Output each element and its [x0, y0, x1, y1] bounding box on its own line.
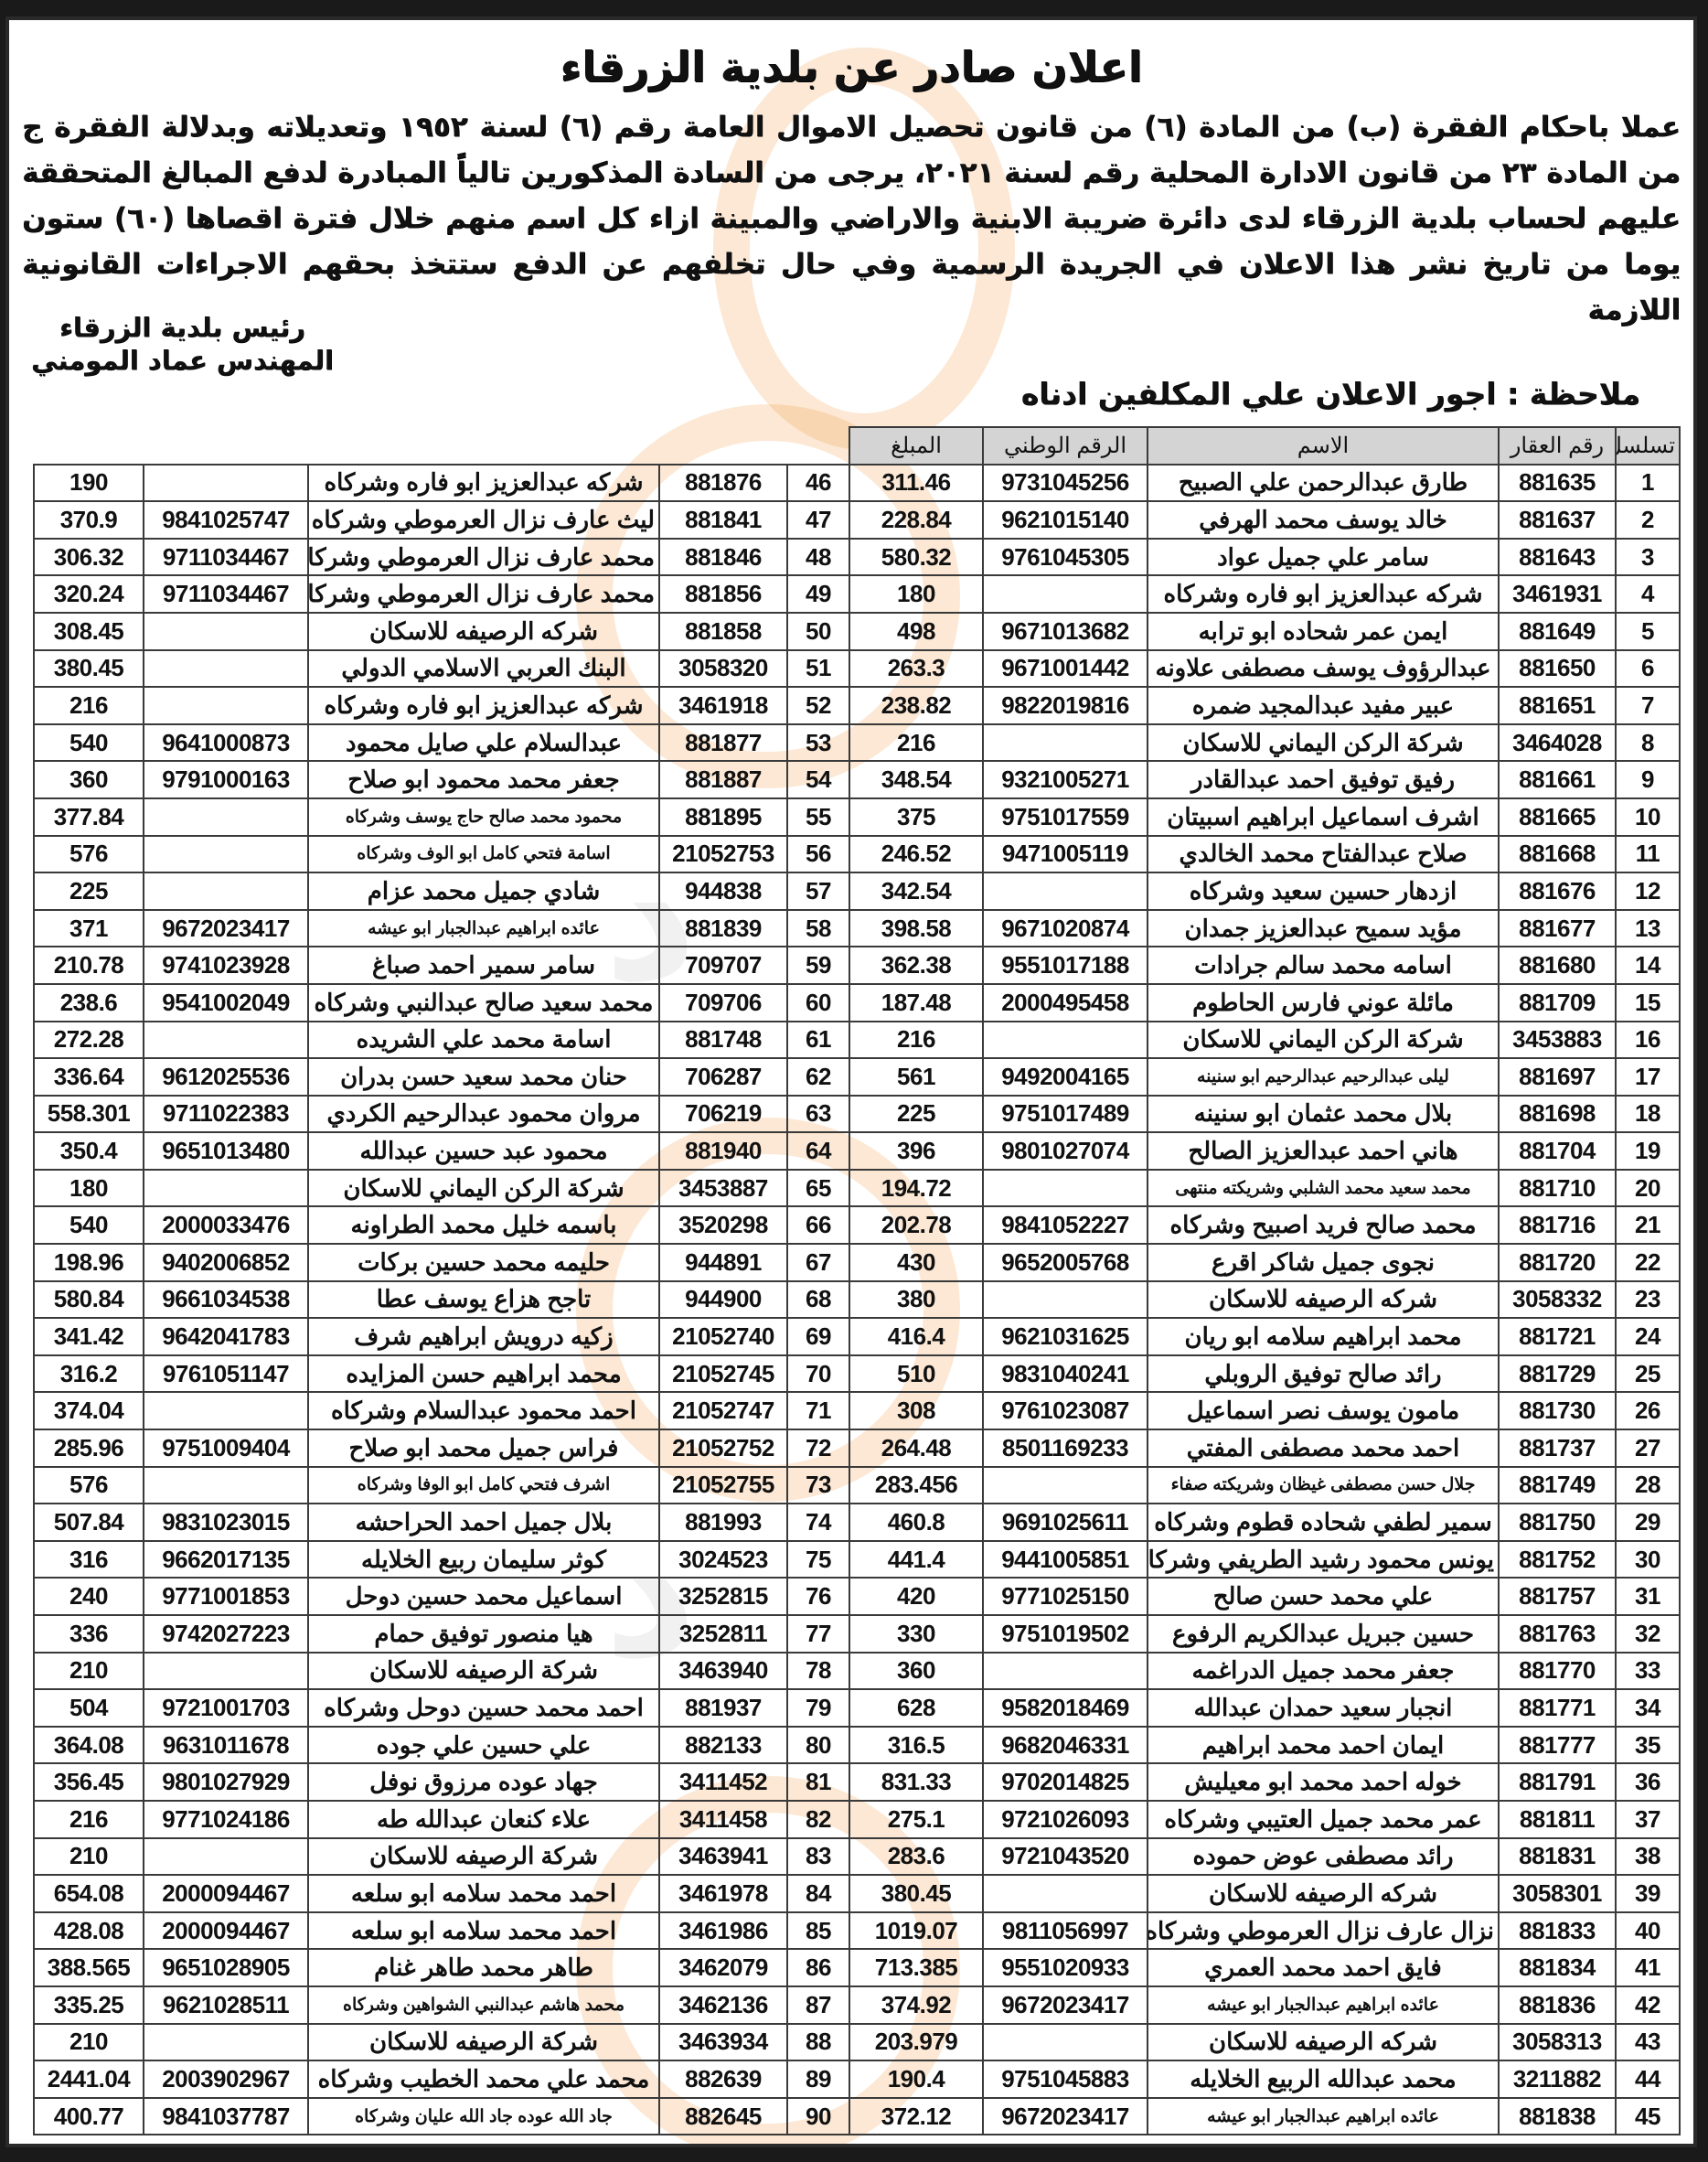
- serial-cell: 4: [1616, 575, 1680, 613]
- amount-cell: 180: [849, 575, 983, 613]
- table-row: 35881777ايمان احمد محمد ابراهيم968204633…: [849, 1727, 1680, 1764]
- national-id-cell: 9672023417: [983, 1986, 1148, 2024]
- name-cell: اسامه محمد سالم جرادات: [1148, 947, 1499, 984]
- name-cell: شركة الرصيفه للاسكان: [308, 2024, 659, 2061]
- amount-cell: 360: [849, 1653, 983, 1690]
- property-no-cell: 881665: [1499, 798, 1616, 836]
- name-cell: جهاد عوده مرزوق نوفل: [308, 1763, 659, 1801]
- amount-cell: 428.08: [34, 1912, 144, 1950]
- announcement-page: د د اعلان صادر عن بلدية الزرقاء عملا باح…: [5, 16, 1697, 2147]
- amount-cell: 380.45: [849, 1875, 983, 1912]
- property-no-cell: 881937: [659, 1689, 787, 1727]
- property-no-cell: 881834: [1499, 1949, 1616, 1986]
- table-row: 80882133علي حسين علي جوده9631011678364.0…: [34, 1727, 849, 1764]
- table-row: 33881770جعفر محمد جميل الدراغمه360: [849, 1653, 1680, 1690]
- property-no-cell: 881729: [1499, 1355, 1616, 1393]
- national-id-cell: [144, 2024, 308, 2061]
- property-no-cell: 881676: [1499, 872, 1616, 910]
- table-row: 68944900تاجح هزاع يوسف عطا9661034538580.…: [34, 1281, 849, 1319]
- serial-cell: 52: [787, 687, 849, 724]
- amount-cell: 2441.04: [34, 2060, 144, 2098]
- national-id-cell: 9801027074: [983, 1132, 1148, 1170]
- national-id-cell: [144, 613, 308, 650]
- serial-cell: 61: [787, 1022, 849, 1059]
- property-no-cell: 944900: [659, 1281, 787, 1319]
- national-id-cell: 9612025536: [144, 1058, 308, 1096]
- name-cell: اسامة محمد علي الشريده: [308, 1022, 659, 1059]
- amount-cell: 350.4: [34, 1132, 144, 1170]
- amount-cell: 580.32: [849, 539, 983, 576]
- national-id-cell: 2000033476: [144, 1206, 308, 1244]
- property-no-cell: 3453887: [659, 1170, 787, 1207]
- property-no-cell: 881836: [1499, 1986, 1616, 2024]
- table-row: 7121052747احمد محمود عبدالسلام وشركاه374…: [34, 1392, 849, 1429]
- name-cell: ايمان احمد محمد ابراهيم: [1148, 1727, 1499, 1764]
- amount-cell: 580.84: [34, 1281, 144, 1319]
- national-id-cell: 9811056997: [983, 1912, 1148, 1950]
- amount-cell: 225: [34, 872, 144, 910]
- national-id-cell: [144, 1392, 308, 1429]
- serial-cell: 45: [1616, 2098, 1680, 2135]
- amount-cell: 180: [34, 1170, 144, 1207]
- serial-cell: 24: [1616, 1318, 1680, 1355]
- name-cell: محمد ابراهيم سلامه ابو ريان: [1148, 1318, 1499, 1355]
- amount-cell: 306.32: [34, 539, 144, 576]
- serial-cell: 39: [1616, 1875, 1680, 1912]
- property-no-cell: 3461918: [659, 687, 787, 724]
- property-no-cell: 881710: [1499, 1170, 1616, 1207]
- amount-cell: 540: [34, 724, 144, 762]
- name-cell: محمد هاشم عبدالنبي الشواهين وشركاه: [308, 1986, 659, 2024]
- property-no-cell: 3058332: [1499, 1281, 1616, 1319]
- name-cell: عبدالسلام علي صايل محمود: [308, 724, 659, 762]
- serial-cell: 38: [1616, 1838, 1680, 1876]
- amount-cell: 372.12: [849, 2098, 983, 2135]
- name-cell: شركه عبدالعزيز ابو فاره وشركاه: [308, 465, 659, 502]
- national-id-cell: 9741023928: [144, 947, 308, 984]
- property-no-cell: 881833: [1499, 1912, 1616, 1950]
- table-row: 90882645جاد الله عوده جاد الله عليان وشر…: [34, 2098, 849, 2135]
- serial-cell: 43: [1616, 2024, 1680, 2061]
- serial-cell: 74: [787, 1504, 849, 1541]
- amount-cell: 430: [849, 1244, 983, 1281]
- national-id-cell: [144, 798, 308, 836]
- table-row: 833463941شركة الرصيفه للاسكان210: [34, 1838, 849, 1876]
- national-id-cell: 2003902967: [144, 2060, 308, 2098]
- name-cell: يونس محمود رشيد الطريفي وشركاه: [1148, 1541, 1499, 1579]
- table-row: 523461918شركه عبدالعزيز ابو فاره وشركاه2…: [34, 687, 849, 724]
- name-cell: احمد محمد سلامه ابو سلعه: [308, 1875, 659, 1912]
- national-id-cell: 9822019816: [983, 687, 1148, 724]
- table-row: 653453887شركة الركن اليماني للاسكان180: [34, 1170, 849, 1207]
- amount-cell: 308: [849, 1392, 983, 1429]
- property-no-cell: 881661: [1499, 761, 1616, 798]
- national-id-cell: 9551020933: [983, 1949, 1148, 1986]
- serial-cell: 83: [787, 1838, 849, 1876]
- name-cell: اسماعيل محمد حسين دوحل: [308, 1578, 659, 1615]
- amount-cell: 216: [34, 1801, 144, 1838]
- table-row: 13881677مؤيد سميح عبدالعزيز جمدان9671020…: [849, 910, 1680, 947]
- national-id-cell: 9711034467: [144, 539, 308, 576]
- name-cell: فراس جميل محمد ابو صلاح: [308, 1429, 659, 1467]
- property-no-cell: 881771: [1499, 1689, 1616, 1727]
- amount-cell: 216: [849, 724, 983, 762]
- name-cell: هيا منصور توفيق حمام: [308, 1615, 659, 1653]
- table-row: 15881709مائلة عوني فارس الحاطوم200049545…: [849, 984, 1680, 1022]
- property-no-cell: 881877: [659, 724, 787, 762]
- name-cell: مروان محمود عبدالرحيم الكردي: [308, 1096, 659, 1133]
- name-cell: اسامة فتحي كامل ابو الوف وشركاه: [308, 836, 659, 873]
- table-row: 37881811عمر محمد جميل العتيبي وشركاه9721…: [849, 1801, 1680, 1838]
- name-cell: سامر علي جميل عواد: [1148, 539, 1499, 576]
- amount-cell: 576: [34, 836, 144, 873]
- serial-cell: 54: [787, 761, 849, 798]
- property-no-cell: 21052753: [659, 836, 787, 873]
- name-cell: شركه عبدالعزيز ابو فاره وشركاه: [308, 687, 659, 724]
- name-cell: خوله احمد محمد ابو معيليش: [1148, 1763, 1499, 1801]
- national-id-cell: 9841052227: [983, 1206, 1148, 1244]
- property-no-cell: 881698: [1499, 1096, 1616, 1133]
- national-id-cell: 9831040241: [983, 1355, 1148, 1393]
- property-no-cell: 21052740: [659, 1318, 787, 1355]
- national-id-cell: 9761045305: [983, 539, 1148, 576]
- table-row: 57944838شادي جميل محمد عزام225: [34, 872, 849, 910]
- property-no-cell: 881677: [1499, 910, 1616, 947]
- serial-cell: 86: [787, 1949, 849, 1986]
- amount-cell: 311.46: [849, 465, 983, 502]
- property-no-cell: 881643: [1499, 539, 1616, 576]
- name-cell: صلاح عبدالفتاح محمد الخالدي: [1148, 836, 1499, 873]
- table-row: 853461986احمد محمد سلامه ابو سلعه2000094…: [34, 1912, 849, 1950]
- amount-cell: 216: [849, 1022, 983, 1059]
- name-cell: نزال عارف نزال العرموطي وشركاه: [1148, 1912, 1499, 1950]
- table-row: 62706287حنان محمد سعيد حسن بدران96120255…: [34, 1058, 849, 1096]
- national-id-cell: [983, 1022, 1148, 1059]
- table-row: 79881937احمد محمد حسين دوحل وشركاه972100…: [34, 1689, 849, 1727]
- serial-cell: 28: [1616, 1467, 1680, 1504]
- national-id-cell: 9751017489: [983, 1096, 1148, 1133]
- property-no-cell: 881940: [659, 1132, 787, 1170]
- property-no-cell: 709706: [659, 984, 787, 1022]
- national-id-cell: 9672023417: [983, 2098, 1148, 2135]
- name-cell: محمد سعيد محمد الشلبي وشريكته منتهى: [1148, 1170, 1499, 1207]
- national-id-cell: 9631011678: [144, 1727, 308, 1764]
- name-cell: بلال محمد عثمان ابو سنينه: [1148, 1096, 1499, 1133]
- table-row: 55881895محمود محمد صالح حاج يوسف وشركاه3…: [34, 798, 849, 836]
- name-cell: ليث عارف نزال العرموطي وشركاه: [308, 501, 659, 539]
- serial-cell: 25: [1616, 1355, 1680, 1393]
- property-no-cell: 3411458: [659, 1801, 787, 1838]
- serial-cell: 62: [787, 1058, 849, 1096]
- table-row: 74881993بلال جميل احمد الحراحشه983102301…: [34, 1504, 849, 1541]
- serial-cell: 14: [1616, 947, 1680, 984]
- table-row: 21881716محمد صالح فريد اصبيح وشركاه98410…: [849, 1206, 1680, 1244]
- table-row: 163453883شركة الركن اليماني للاسكان216: [849, 1022, 1680, 1059]
- property-no-cell: 881650: [1499, 650, 1616, 688]
- name-cell: ليلى عبدالرحيم عبدالرحيم ابو سنينه: [1148, 1058, 1499, 1096]
- taxpayers-table-right: تسلسل رقم العقار الاسم الرقم الوطني المب…: [849, 426, 1681, 2135]
- name-cell: علي حسين علي جوده: [308, 1727, 659, 1764]
- serial-cell: 5: [1616, 613, 1680, 650]
- property-no-cell: 881730: [1499, 1392, 1616, 1429]
- table-row: 17881697ليلى عبدالرحيم عبدالرحيم ابو سني…: [849, 1058, 1680, 1096]
- table-row: 36881791خوله احمد محمد ابو معيليش9702014…: [849, 1763, 1680, 1801]
- name-cell: جعفر محمد جميل الدراغمه: [1148, 1653, 1499, 1690]
- national-id-cell: 9721001703: [144, 1689, 308, 1727]
- national-id-cell: 9551017188: [983, 947, 1148, 984]
- name-cell: خالد يوسف محمد الهرفي: [1148, 501, 1499, 539]
- name-cell: طاهر محمد طاهر غنام: [308, 1949, 659, 1986]
- serial-cell: 89: [787, 2060, 849, 2098]
- amount-cell: 1019.07: [849, 1912, 983, 1950]
- amount-cell: 187.48: [849, 984, 983, 1022]
- serial-cell: 60: [787, 984, 849, 1022]
- amount-cell: 654.08: [34, 1875, 144, 1912]
- table-row: 7881651عبير مفيد عبدالمجيد ضمره982201981…: [849, 687, 1680, 724]
- name-cell: رائد مصطفى عوض حموده: [1148, 1838, 1499, 1876]
- table-row: 9881661رفيق توفيق احمد عبدالقادر93210052…: [849, 761, 1680, 798]
- signature-block: رئيس بلدية الزرقاء المهندس عماد المومني: [31, 311, 334, 377]
- table-row: 12881676ازدهار حسين سعيد وشركاه342.54: [849, 872, 1680, 910]
- property-no-cell: 3462079: [659, 1949, 787, 1986]
- national-id-cell: [983, 872, 1148, 910]
- name-cell: علاء كنعان عبدالله طه: [308, 1801, 659, 1838]
- serial-cell: 10: [1616, 798, 1680, 836]
- serial-cell: 72: [787, 1429, 849, 1467]
- property-no-cell: 881748: [659, 1022, 787, 1059]
- serial-cell: 6: [1616, 650, 1680, 688]
- serial-cell: 33: [1616, 1653, 1680, 1690]
- amount-cell: 504: [34, 1689, 144, 1727]
- serial-cell: 68: [787, 1281, 849, 1319]
- name-cell: محمد صالح فريد اصبيح وشركاه: [1148, 1206, 1499, 1244]
- amount-cell: 263.3: [849, 650, 983, 688]
- property-no-cell: 3024523: [659, 1541, 787, 1579]
- serial-cell: 22: [1616, 1244, 1680, 1281]
- serial-cell: 26: [1616, 1392, 1680, 1429]
- national-id-cell: [144, 1170, 308, 1207]
- property-no-cell: 881635: [1499, 465, 1616, 502]
- table-row: 26881730مامون يوسف نصر اسماعيل9761023087…: [849, 1392, 1680, 1429]
- name-cell: عائده ابراهيم عبدالجبار ابو عيشه: [308, 910, 659, 947]
- name-cell: سمير لطفي شحاده قطوم وشركاه: [1148, 1504, 1499, 1541]
- property-no-cell: 3453883: [1499, 1022, 1616, 1059]
- property-no-cell: 3464028: [1499, 724, 1616, 762]
- table-row: 19881704هاني احمد عبدالعزيز الصالح980102…: [849, 1132, 1680, 1170]
- serial-cell: 57: [787, 872, 849, 910]
- table-row: 813411452جهاد عوده مرزوق نوفل98010279293…: [34, 1763, 849, 1801]
- table-row: 40881833نزال عارف نزال العرموطي وشركاه98…: [849, 1912, 1680, 1950]
- amount-cell: 203.979: [849, 2024, 983, 2061]
- serial-cell: 41: [1616, 1949, 1680, 1986]
- amount-cell: 576: [34, 1467, 144, 1504]
- name-cell: عائده ابراهيم عبدالجبار ابو عيشه: [1148, 1986, 1499, 2024]
- name-cell: شركه عبدالعزيز ابو فاره وشركاه: [1148, 575, 1499, 613]
- property-no-cell: 881649: [1499, 613, 1616, 650]
- amount-cell: 210: [34, 1653, 144, 1690]
- property-no-cell: 3211882: [1499, 2060, 1616, 2098]
- property-no-cell: 3520298: [659, 1206, 787, 1244]
- property-no-cell: 881752: [1499, 1541, 1616, 1579]
- table-row: 443211882محمد عبدالله الربيع الخلايله975…: [849, 2060, 1680, 2098]
- amount-cell: 330: [849, 1615, 983, 1653]
- col-header-amount: المبلغ: [849, 427, 983, 465]
- property-no-cell: 3058313: [1499, 2024, 1616, 2061]
- amount-cell: 202.78: [849, 1206, 983, 1244]
- national-id-cell: 9621028511: [144, 1986, 308, 2024]
- serial-cell: 3: [1616, 539, 1680, 576]
- table-row: 34881771انجبار سعيد حمدان عبدالله9582018…: [849, 1689, 1680, 1727]
- serial-cell: 16: [1616, 1022, 1680, 1059]
- national-id-cell: 8501169233: [983, 1429, 1148, 1467]
- amount-cell: 364.08: [34, 1727, 144, 1764]
- national-id-cell: 9841025747: [144, 501, 308, 539]
- table-row: 83464028شركة الركن اليماني للاسكان216: [849, 724, 1680, 762]
- amount-cell: 371: [34, 910, 144, 947]
- table-row: 513058320البنك العربي الاسلامي الدولي380…: [34, 650, 849, 688]
- property-no-cell: 881811: [1499, 1801, 1616, 1838]
- property-no-cell: 881887: [659, 761, 787, 798]
- serial-cell: 2: [1616, 501, 1680, 539]
- national-id-cell: [144, 650, 308, 688]
- amount-cell: 272.28: [34, 1022, 144, 1059]
- property-no-cell: 881750: [1499, 1504, 1616, 1541]
- table-header-row: تسلسل رقم العقار الاسم الرقم الوطني المب…: [849, 427, 1680, 465]
- name-cell: كوثر سليمان ربيع الخلايله: [308, 1541, 659, 1579]
- name-cell: زكيه درويش ابراهيم شرف: [308, 1318, 659, 1355]
- name-cell: جعفر محمد محمود ابو صلاح: [308, 761, 659, 798]
- national-id-cell: [144, 1022, 308, 1059]
- table-row: 1881635طارق عبدالرحمن علي الصبيح97310452…: [849, 465, 1680, 502]
- table-row: 42881836عائده ابراهيم عبدالجبار ابو عيشه…: [849, 1986, 1680, 2024]
- name-cell: تاجح هزاع يوسف عطا: [308, 1281, 659, 1319]
- national-id-cell: [983, 1653, 1148, 1690]
- table-row: 60709706محمد سعيد صالح عبدالنبي وشركاه95…: [34, 984, 849, 1022]
- national-id-cell: 9671001442: [983, 650, 1148, 688]
- national-id-cell: [144, 872, 308, 910]
- table-row: 28881749جلال حسن مصطفى غيظان وشريكته صفا…: [849, 1467, 1680, 1504]
- name-cell: احمد محمد سلامه ابو سلعه: [308, 1912, 659, 1950]
- serial-cell: 56: [787, 836, 849, 873]
- national-id-cell: 9761051147: [144, 1355, 308, 1393]
- table-row: 63706219مروان محمود عبدالرحيم الكردي9711…: [34, 1096, 849, 1133]
- serial-cell: 46: [787, 465, 849, 502]
- table-row: 50881858شركه الرصيفه للاسكان308.45: [34, 613, 849, 650]
- serial-cell: 13: [1616, 910, 1680, 947]
- table-row: 843461978احمد محمد سلامه ابو سلعه2000094…: [34, 1875, 849, 1912]
- amount-cell: 713.385: [849, 1949, 983, 1986]
- amount-cell: 558.301: [34, 1096, 144, 1133]
- national-id-cell: 9651013480: [144, 1132, 308, 1170]
- national-id-cell: [144, 836, 308, 873]
- property-no-cell: 944838: [659, 872, 787, 910]
- serial-cell: 12: [1616, 872, 1680, 910]
- fees-note: ملاحظة : اجور الاعلان علي المكلفين ادناه: [1021, 375, 1640, 413]
- property-no-cell: 881838: [1499, 2098, 1616, 2135]
- amount-cell: 561: [849, 1058, 983, 1096]
- amount-cell: 336: [34, 1615, 144, 1653]
- announcement-header: اعلان صادر عن بلدية الزرقاء: [9, 40, 1693, 93]
- name-cell: مامون يوسف نصر اسماعيل: [1148, 1392, 1499, 1429]
- name-cell: محمد عارف نزال العرموطي وشركاه: [308, 539, 659, 576]
- national-id-cell: [983, 1875, 1148, 1912]
- property-no-cell: 882645: [659, 2098, 787, 2135]
- serial-cell: 17: [1616, 1058, 1680, 1096]
- amount-cell: 225: [849, 1096, 983, 1133]
- name-cell: محمود محمد صالح حاج يوسف وشركاه: [308, 798, 659, 836]
- name-cell: علي محمد حسن صالح: [1148, 1578, 1499, 1615]
- table-row: 873462136محمد هاشم عبدالنبي الشواهين وشر…: [34, 1986, 849, 2024]
- table-row: 30881752يونس محمود رشيد الطريفي وشركاه94…: [849, 1541, 1680, 1579]
- name-cell: عمر محمد جميل العتيبي وشركاه: [1148, 1801, 1499, 1838]
- col-header-property-no: رقم العقار: [1499, 427, 1616, 465]
- page-title: اعلان صادر عن بلدية الزرقاء: [9, 40, 1693, 93]
- amount-cell: 194.72: [849, 1170, 983, 1207]
- serial-cell: 70: [787, 1355, 849, 1393]
- table-row: 18881698بلال محمد عثمان ابو سنينه9751017…: [849, 1096, 1680, 1133]
- name-cell: حليمه محمد حسين بركات: [308, 1244, 659, 1281]
- national-id-cell: 9791000163: [144, 761, 308, 798]
- amount-cell: 831.33: [849, 1763, 983, 1801]
- table-row: 7321052755اشرف فتحي كامل ابو الوفا وشركا…: [34, 1467, 849, 1504]
- property-no-cell: 881831: [1499, 1838, 1616, 1876]
- name-cell: بلال جميل احمد الحراحشه: [308, 1504, 659, 1541]
- amount-cell: 370.9: [34, 501, 144, 539]
- national-id-cell: [144, 687, 308, 724]
- serial-cell: 34: [1616, 1689, 1680, 1727]
- name-cell: شركة الرصيفه للاسكان: [308, 1838, 659, 1876]
- amount-cell: 336.64: [34, 1058, 144, 1096]
- national-id-cell: 9771001853: [144, 1578, 308, 1615]
- table-row: 5881649ايمن عمر شحاده ابو ترابه967101368…: [849, 613, 1680, 650]
- national-id-cell: 9402006852: [144, 1244, 308, 1281]
- amount-cell: 216: [34, 687, 144, 724]
- serial-cell: 8: [1616, 724, 1680, 762]
- property-no-cell: 21052747: [659, 1392, 787, 1429]
- table-row: 10881665اشرف اسماعيل ابراهيم اسبيتان9751…: [849, 798, 1680, 836]
- name-cell: ايمن عمر شحاده ابو ترابه: [1148, 613, 1499, 650]
- amount-cell: 238.82: [849, 687, 983, 724]
- name-cell: عبدالرؤوف يوسف مصطفى علاونه: [1148, 650, 1499, 688]
- amount-cell: 210.78: [34, 947, 144, 984]
- table-row: 53881877عبدالسلام علي صايل محمود96410008…: [34, 724, 849, 762]
- property-no-cell: 3411452: [659, 1763, 787, 1801]
- serial-cell: 69: [787, 1318, 849, 1355]
- name-cell: محمود عبد حسين عبدالله: [308, 1132, 659, 1170]
- table-row: 47881841ليث عارف نزال العرموطي وشركاه984…: [34, 501, 849, 539]
- table-row: 14881680اسامه محمد سالم جرادات9551017188…: [849, 947, 1680, 984]
- table-row: 783463940شركة الرصيفه للاسكان210: [34, 1653, 849, 1690]
- name-cell: جلال حسن مصطفى غيظان وشريكته صفاء: [1148, 1467, 1499, 1504]
- serial-cell: 48: [787, 539, 849, 576]
- table-row: 7021052745محمد ابراهيم حسن المزايده97610…: [34, 1355, 849, 1393]
- serial-cell: 90: [787, 2098, 849, 2135]
- property-no-cell: 3462136: [659, 1986, 787, 2024]
- name-cell: حسين جبريل عبدالكريم الرفوع: [1148, 1615, 1499, 1653]
- serial-cell: 87: [787, 1986, 849, 2024]
- table-row: 22881720نجوى جميل شاكر اقرع9652005768430: [849, 1244, 1680, 1281]
- serial-cell: 11: [1616, 836, 1680, 873]
- name-cell: حنان محمد سعيد حسن بدران: [308, 1058, 659, 1096]
- national-id-cell: 9642041783: [144, 1318, 308, 1355]
- property-no-cell: 881846: [659, 539, 787, 576]
- amount-cell: 210: [34, 2024, 144, 2061]
- name-cell: محمد عبدالله الربيع الخلايله: [1148, 2060, 1499, 2098]
- amount-cell: 380.45: [34, 650, 144, 688]
- property-no-cell: 881993: [659, 1504, 787, 1541]
- property-no-cell: 881709: [1499, 984, 1616, 1022]
- serial-cell: 31: [1616, 1578, 1680, 1615]
